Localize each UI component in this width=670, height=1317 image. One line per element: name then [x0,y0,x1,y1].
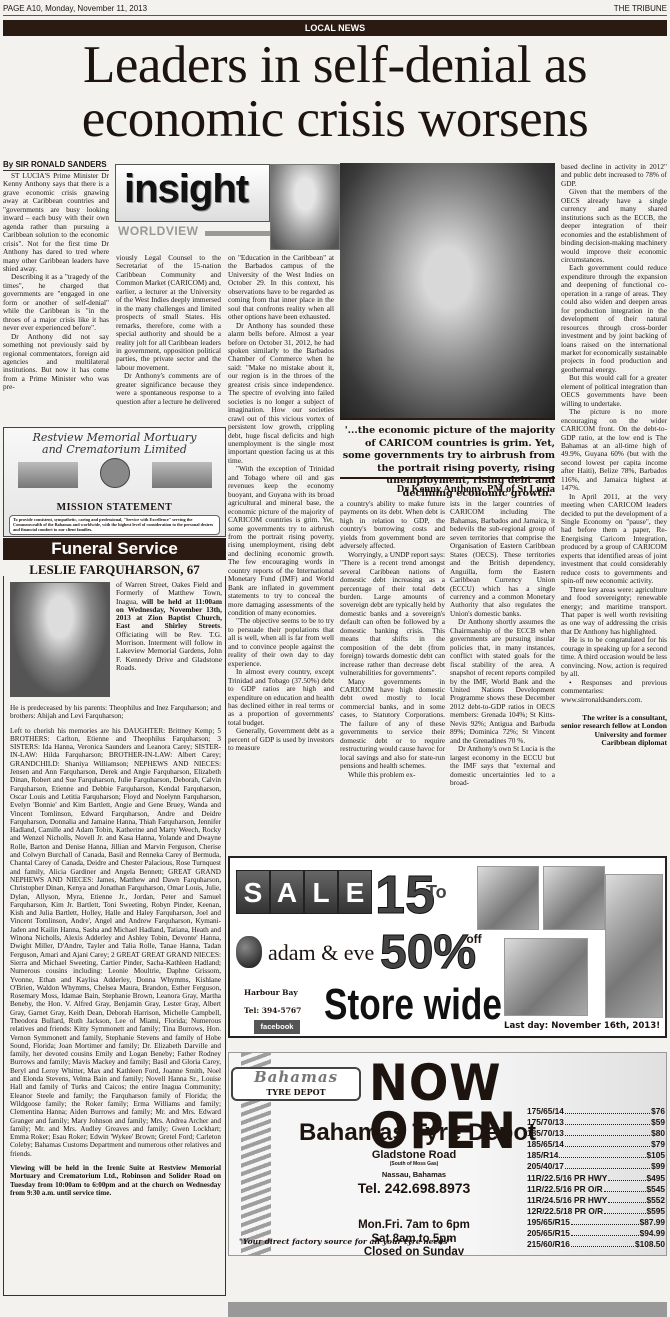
paragraph: While this problem ex- [340,771,445,779]
paragraph: Dr Anthony's comments are of greater sig… [116,372,221,406]
street-note: (South of Moss Gas) [339,1161,489,1167]
price-row: 185/70/13$80 [527,1128,665,1139]
mortuary-name-line-2: and Crematorium Limited [4,444,225,456]
paragraph: Each government could reduce expenditure… [561,264,667,374]
paragraph: ists in the larger countries of CARICOM … [450,500,555,618]
store-wide-label: Store wide [324,976,502,1034]
tyre-price-list: 175/65/14$76 175/70/13$59 185/70/13$80 1… [527,1106,665,1250]
paragraph: He is to be congratulated for his courag… [561,636,667,678]
worldview-label: WORLDVIEW [118,224,199,238]
apple-logo-icon [236,936,262,968]
business-address: Gladstone Road (South of Moss Gas) Nassa… [339,1149,489,1195]
hours-line: Mon.Fri. 7am to 6pm [339,1219,489,1233]
skirt-photo [605,874,663,1018]
byline: By SIR RONALD SANDERS [3,160,109,171]
masthead: THE TRIBUNE [614,4,667,13]
article-column-2: viously Legal Counsel to the Secretariat… [116,254,221,406]
paragraph: Given that the members of the OECS alrea… [561,188,667,264]
mortuary-name: Restview Memorial Mortuary and Crematori… [4,432,225,456]
article-column-6: based decline in activity in 2012" and p… [561,163,667,748]
service-details: of Warren Street, Oakes Field and Former… [116,581,222,672]
paragraph: But this would call for a greater elemen… [561,374,667,408]
survivors-text: Left to cherish his memories are his DAU… [10,727,221,1158]
writer-note: The writer is a consultant, senior resea… [561,714,667,748]
store-location: Harbour Bay [244,988,298,997]
paragraph: Dr Anthony has sounded these alarm bells… [228,322,334,466]
last-day-notice: Last day: November 16th, 2013! [504,1021,660,1031]
model-photo [477,866,539,930]
price-row: 175/70/13$59 [527,1117,665,1128]
insight-wordmark: insight [124,167,248,212]
paragraph: ST LUCIA'S Prime Minister Dr Kenny Antho… [3,172,109,273]
shoes-photo [543,866,605,930]
paragraph: Generally, Government debt as a percent … [228,727,334,752]
hours-line: Closed on Sunday [339,1246,489,1256]
article-column-1: ST LUCIA'S Prime Minister Dr Kenny Antho… [3,172,109,392]
paragraph: Worryingly, a UNDP report says: "There i… [340,551,445,678]
discount-to-label: To [426,882,447,903]
price-row: 195/65/R15$87.99 [527,1217,665,1228]
shopping-bag-icon: L [304,870,338,914]
paragraph: Dr Anthony's own St Lucia is the largest… [450,745,555,787]
paragraph: "With the exception of Trinidad and Toba… [228,465,334,617]
business-name: Bahamas Tyre Depot [299,1119,536,1147]
paragraph: The picture is no more encouraging on th… [561,408,667,493]
pull-quote-attribution: Dr Kenny Anthony, PM of St Lucia [340,484,555,495]
obituary: of Warren Street, Oakes Field and Former… [3,576,226,1296]
paragraph: based decline in activity in 2012" and p… [561,163,667,188]
obituary-body: He is predeceased by his parents: Theoph… [10,704,221,1203]
building-photo [152,462,212,488]
paragraph: Describing it as a "tragedy of the times… [3,273,109,332]
section-label: LOCAL NEWS [3,20,667,36]
article-column-3: on "Education in the Caribbean" at the B… [228,254,334,753]
price-row: 185/65/14$79 [527,1139,665,1150]
price-row: 11R/22.5/16 PR HWY$495 [527,1173,665,1184]
article-column-5: ists in the larger countries of CARICOM … [450,500,555,787]
brand-name: adam & eve [268,940,374,966]
mission-text: To provide consistent, sympathetic, cari… [9,515,220,535]
mortuary-ad: Restview Memorial Mortuary and Crematori… [3,427,226,537]
price-row: 11R/22.5/16 PR O/R$545 [527,1184,665,1195]
deceased-photo [10,582,110,697]
street: Gladstone Road [339,1149,489,1161]
paragraph: In almost every country, except Trinidad… [228,668,334,727]
author-photo [270,164,340,250]
price-row: 215/60/R16$108.50 [527,1239,665,1250]
funeral-service-banner: Funeral Service [3,538,226,560]
off-label: off [466,932,482,946]
page-folio: PAGE A10, Monday, November 11, 2013 [3,4,147,13]
discount-to: 50% [380,928,476,978]
paragraph: In April 2011, at the very meeting when … [561,493,667,586]
insight-column-logo: insight [115,164,270,222]
slogan: "Your direct factory source for all your… [239,1237,452,1246]
price-row: 205/40/17$99 [527,1161,665,1172]
shopping-bag-icon: A [270,870,304,914]
viewing-details: Viewing will be held in the Irenic Suite… [10,1164,221,1197]
page-folio-line: PAGE A10, Monday, November 11, 2013 THE … [3,2,667,16]
kenny-anthony-photo [340,163,555,420]
mission-title: MISSION STATEMENT [4,502,225,513]
paragraph: a country's ability to make future payme… [340,500,445,551]
service-text: . Officiating will be Rev. T.G. Morrison… [116,621,222,671]
price-row: 175/65/14$76 [527,1106,665,1117]
dove-emblem-icon [100,458,130,488]
price-row: 185/R14$105 [527,1150,665,1161]
paragraph: Dr Anthony shortly assumes the Chairmans… [450,618,555,745]
logo-script: Bahamas [233,1069,359,1086]
article-column-4: a country's ability to make future payme… [340,500,445,779]
price-row: 12R/22.5/18 PR O/R$595 [527,1206,665,1217]
shopping-bag-icon: S [236,870,270,914]
business-phone: Tel. 242.698.8973 [339,1181,489,1195]
decorative-bar [205,231,270,236]
paragraph: Many governments in CARICOM have high do… [340,678,445,771]
price-row: 11R/24.5/16 PR HWY$552 [527,1195,665,1206]
paragraph: viously Legal Counsel to the Secretariat… [116,254,221,372]
headline: Leaders in self-denial as economic crisi… [0,38,670,146]
adam-and-eve-sale-ad: S A L E 15 To adam & eve 50% off Store w… [228,856,667,1038]
tyre-depot-logo: Bahamas TYRE DEPOT [231,1067,361,1101]
headline-line-2: economic crisis worsens [0,92,670,146]
building-photo [18,462,78,488]
headline-line-1: Leaders in self-denial as [0,38,670,92]
paragraph: Three key areas were: agriculture and fo… [561,586,667,637]
paragraph: Dr Anthony did not say something not pre… [3,333,109,392]
logo-subtitle: TYRE DEPOT [233,1086,359,1098]
tyre-depot-ad: Bahamas TYRE DEPOT NOW OPEN Bahamas Tyre… [228,1052,667,1256]
paragraph: on "Education in the Caribbean" at the B… [228,254,334,322]
facebook-button[interactable]: facebook [254,1020,300,1034]
dress-photo [504,938,588,1016]
store-phone: Tel: 394-5767 [244,1006,301,1015]
paragraph: "The objective seems to be to try to per… [228,617,334,668]
paragraph: • Responses and previous commentaries: w… [561,679,667,704]
bottom-ad-strip [228,1302,667,1317]
shopping-bag-icon: E [338,870,372,914]
price-row: 205/65/R15$94.99 [527,1228,665,1239]
predeceased-text: He is predeceased by his parents: Theoph… [10,704,221,721]
divider [340,477,555,479]
